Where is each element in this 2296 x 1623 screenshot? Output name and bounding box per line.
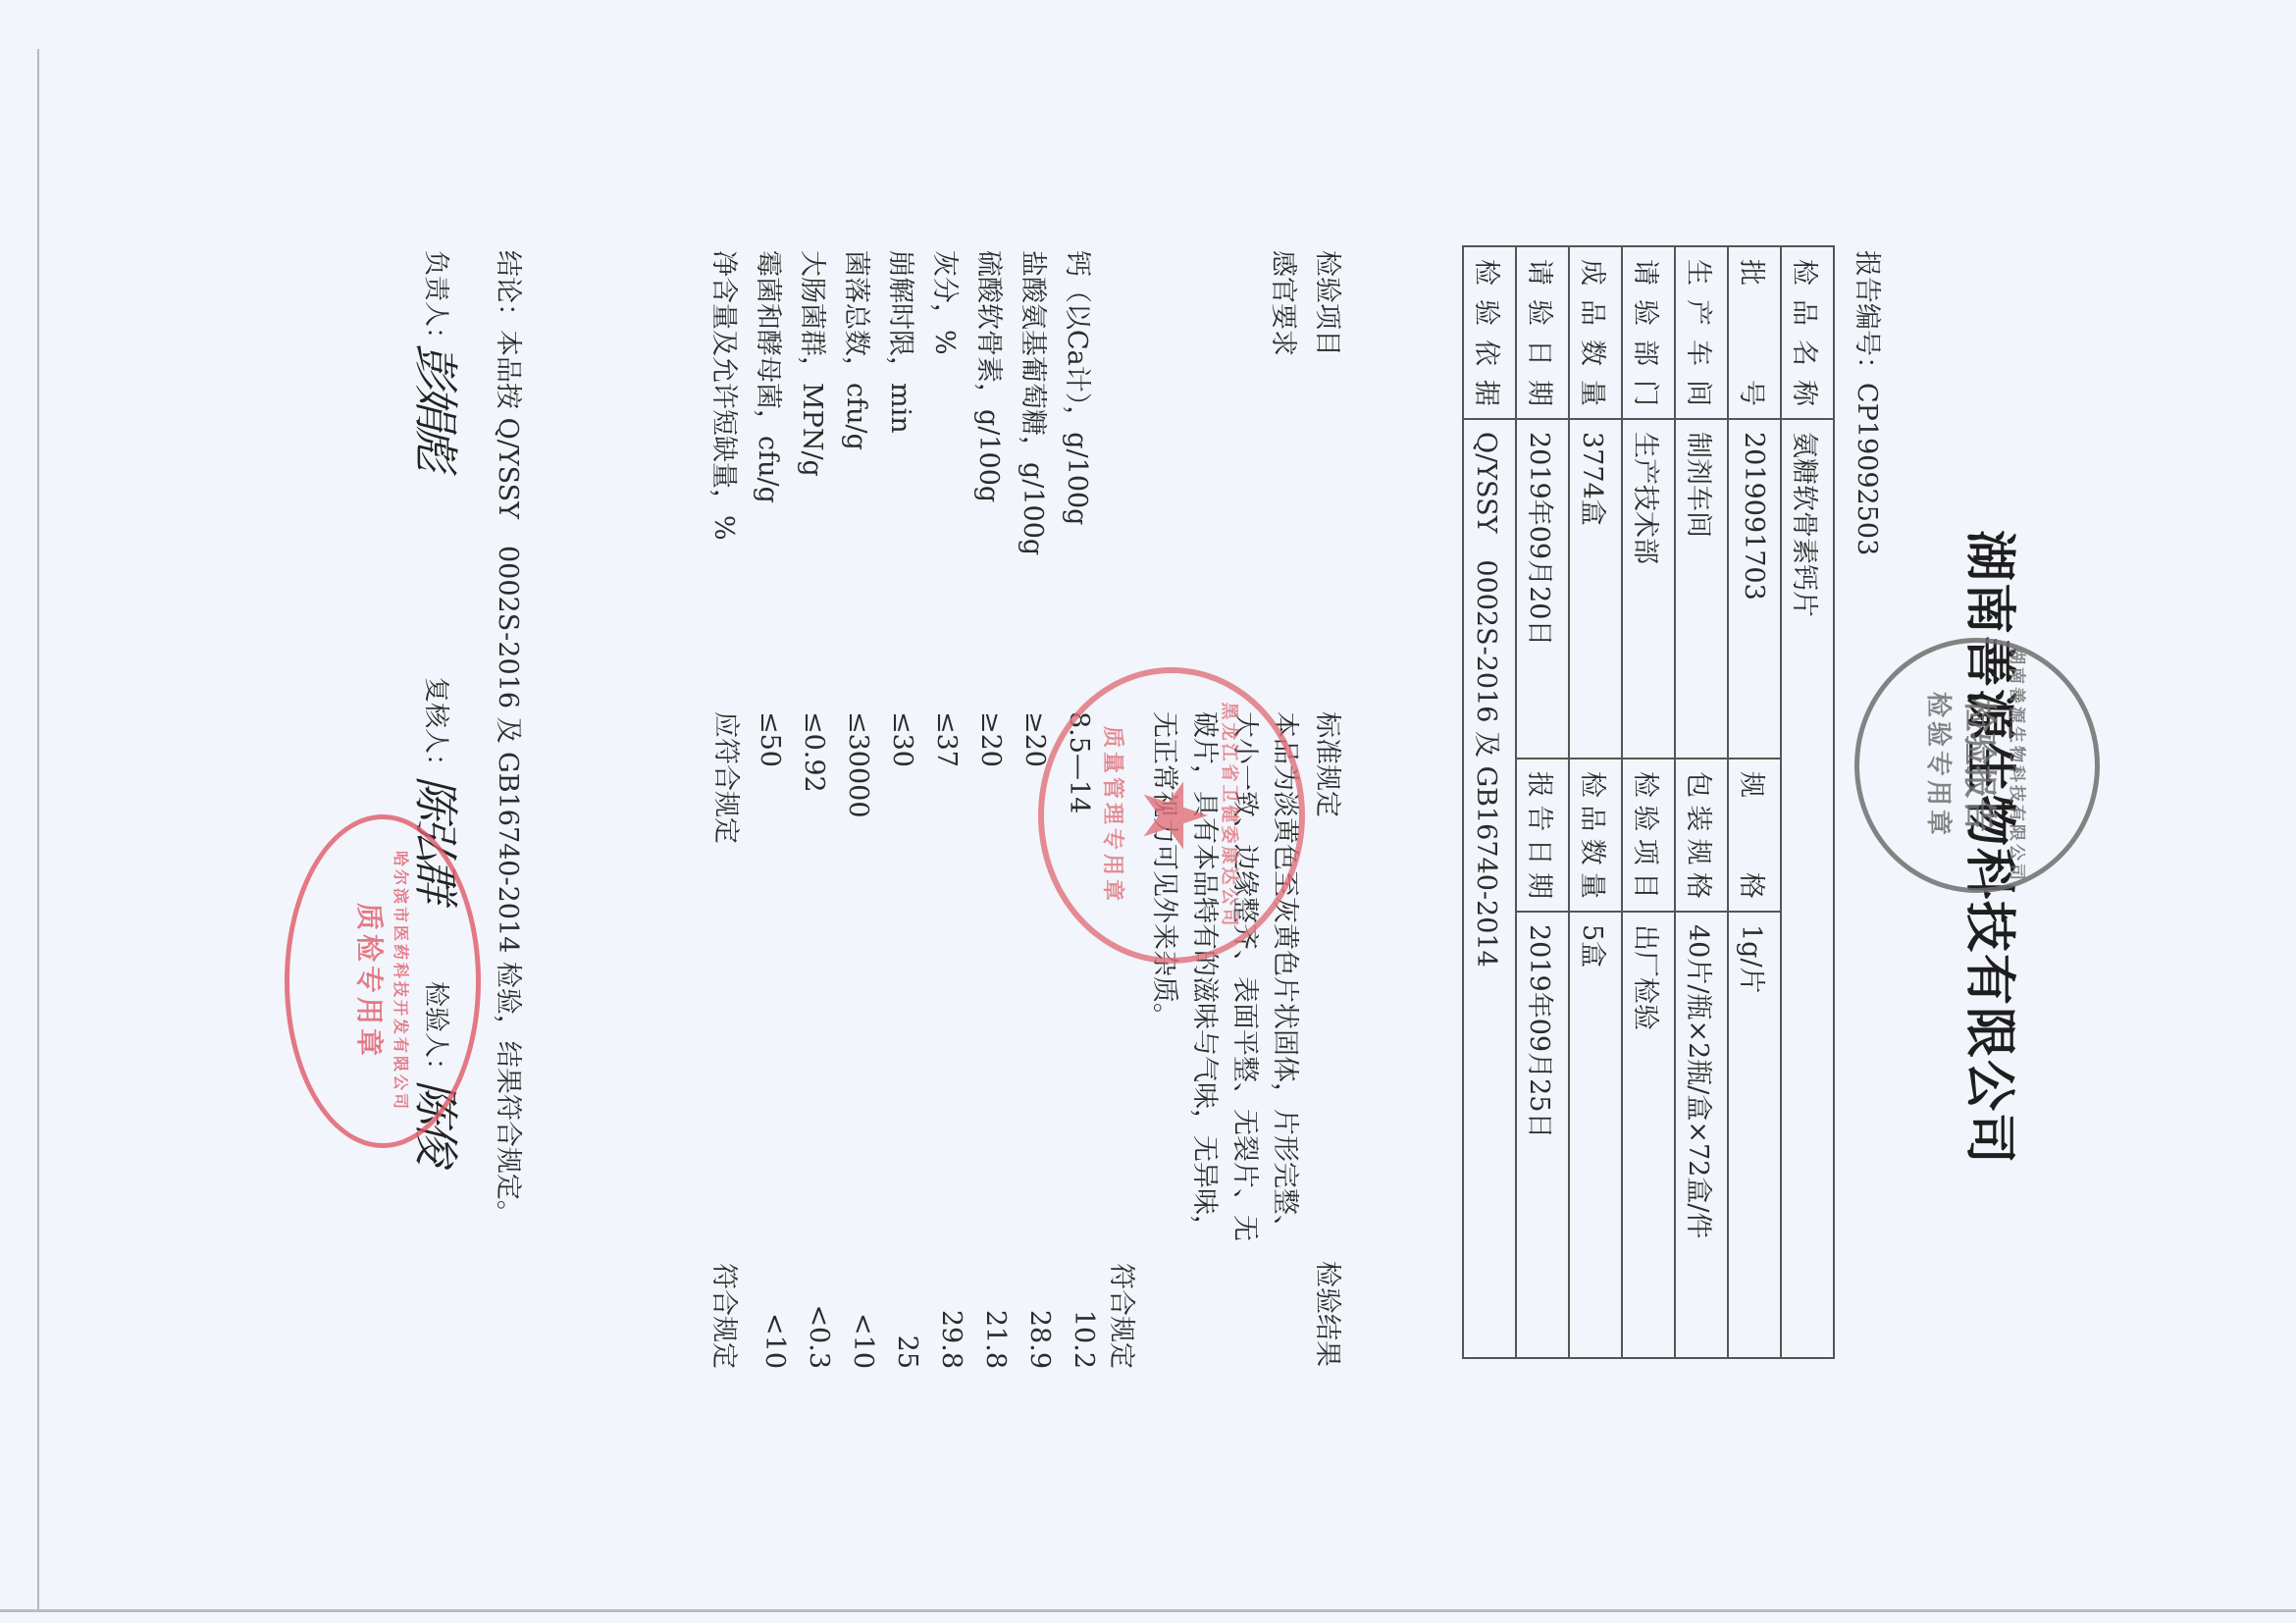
value-product-qty: 3774盒 <box>1569 419 1622 759</box>
result-item: 盐酸氨基葡萄糖，g/100g <box>1017 250 1055 555</box>
result-item: 菌落总数，cfu/g <box>840 250 878 450</box>
result-standard: ≤30 <box>882 711 922 1241</box>
stamp-center-text: 检验报告 <box>1959 699 2008 832</box>
stamp-ring-text: 哈尔滨市医药科技开发有限公司 <box>391 851 414 1112</box>
label-batch-no: 批 号 <box>1728 246 1781 419</box>
result-value: 29.8 <box>936 1241 966 1369</box>
inspection-seal-stamp: 哈尔滨市医药科技开发有限公司 质检专用章 <box>285 814 481 1148</box>
result-standard: 应符合规定 <box>705 711 746 1241</box>
sample-info-table: 检品名称 氨糖软骨素钙片 批 号 2019091703 规 格 1g/片 生产车… <box>1462 245 1835 1359</box>
report-number-value: CP19092503 <box>1852 383 1882 555</box>
result-value: 28.9 <box>1024 1241 1055 1369</box>
result-standard: ≤30000 <box>838 711 878 1241</box>
result-standard: ≤50 <box>750 711 790 1241</box>
label-sample-name: 检品名称 <box>1781 246 1834 419</box>
report-number-label: 报告编号： <box>1852 250 1882 383</box>
value-workshop: 制剂车间 <box>1675 419 1728 759</box>
result-standard: ≤37 <box>926 711 966 1241</box>
result-value: <10 <box>759 1241 790 1369</box>
header-result: 检验结果 <box>1311 1261 1349 1367</box>
label-basis: 检验依据 <box>1463 246 1516 419</box>
result-item: 感官要求 <box>1267 250 1305 356</box>
label-sample-qty: 检品数量 <box>1569 759 1622 912</box>
label-report-date: 报告日期 <box>1516 759 1569 912</box>
table-row: 检验依据 Q/YSSY 0002S-2016 及 GB16740-2014 <box>1463 246 1516 1358</box>
table-row: 成品数量 3774盒 检品数量 5盒 <box>1569 246 1622 1358</box>
value-package-spec: 40片/瓶×2瓶/盒×72盒/件 <box>1675 912 1728 1358</box>
label-request-date: 请验日期 <box>1516 246 1569 419</box>
value-request-dept: 生产技术部 <box>1622 419 1675 759</box>
value-basis: Q/YSSY 0002S-2016 及 GB16740-2014 <box>1463 419 1516 1358</box>
stamp-ring-text: 湖南善源生物科技有限公司 <box>2008 648 2032 883</box>
result-item: 崩解时限，min <box>884 250 922 434</box>
value-batch-no: 2019091703 <box>1728 419 1781 759</box>
result-value: 符合规定 <box>1105 1241 1143 1369</box>
stamp-bottom-text: 质量管理专用章 <box>1100 726 1130 905</box>
value-sample-name: 氨糖软骨素钙片 <box>1781 419 1834 1358</box>
report-number: 报告编号：CP19092503 <box>1851 250 1889 555</box>
result-standard: ≤0.92 <box>794 711 834 1241</box>
table-row: 请验日期 2019年09月20日 报告日期 2019年09月25日 <box>1516 246 1569 1358</box>
star-icon: ★ <box>1130 776 1219 856</box>
header-test-item: 检验项目 <box>1311 250 1349 356</box>
label-spec: 规 格 <box>1728 759 1781 912</box>
label-request-dept: 请验部门 <box>1622 246 1675 419</box>
label-workshop: 生产车间 <box>1675 246 1728 419</box>
inspection-report-page: 湖南善源生物科技有限公司 报告编号：CP19092503 检品名称 氨糖软骨素钙… <box>0 0 2296 1623</box>
result-item: 硫酸软骨素，g/100g <box>972 250 1011 502</box>
header-standard: 标准规定 <box>1311 711 1349 817</box>
result-value: 10.2 <box>1069 1241 1099 1369</box>
value-request-date: 2019年09月20日 <box>1516 419 1569 759</box>
value-report-date: 2019年09月25日 <box>1516 912 1569 1358</box>
value-sample-qty: 5盒 <box>1569 912 1622 1358</box>
result-value: 25 <box>892 1241 922 1369</box>
result-value: 符合规定 <box>707 1241 746 1369</box>
result-value: 21.8 <box>980 1241 1011 1369</box>
table-row: 生产车间 制剂车间 包装规格 40片/瓶×2瓶/盒×72盒/件 <box>1675 246 1728 1358</box>
label-package-spec: 包装规格 <box>1675 759 1728 912</box>
label-product-qty: 成品数量 <box>1569 246 1622 419</box>
result-value: <10 <box>848 1241 878 1369</box>
table-row: 检品名称 氨糖软骨素钙片 <box>1781 246 1834 1358</box>
label-test-items: 检验项目 <box>1622 759 1675 912</box>
result-item: 霉菌和酵母菌，cfu/g <box>752 250 790 503</box>
result-standard: ≥20 <box>970 711 1011 1241</box>
reviewer-label: 复核人： <box>420 677 456 779</box>
table-row: 请验部门 生产技术部 检验项目 出厂检验 <box>1622 246 1675 1358</box>
conclusion-text: 结论：本品按 Q/YSSY 0002S-2016 及 GB16740-2014 … <box>492 250 530 1227</box>
result-item: 灰分，% <box>928 250 966 355</box>
responsible-label: 负责人： <box>420 250 456 352</box>
result-item: 净含量及允许短缺量，% <box>707 250 746 541</box>
responsible-signature: 彭娟彪 <box>406 343 471 467</box>
value-test-items: 出厂检验 <box>1622 912 1675 1358</box>
company-inspection-stamp: 湖南善源生物科技有限公司 检验报告 检验专用章 <box>1854 638 2100 893</box>
table-row: 批 号 2019091703 规 格 1g/片 <box>1728 246 1781 1358</box>
quality-management-stamp: 黑龙江省卫健委康达公司 ★ 质量管理专用章 <box>1038 667 1305 964</box>
result-item: 大肠菌群，MPN/g <box>796 250 834 477</box>
result-item: 钙（以Ca计），g/100g <box>1061 250 1099 525</box>
result-value: <0.3 <box>804 1241 834 1369</box>
stamp-bottom-text: 检验专用章 <box>1923 692 1959 839</box>
stamp-bottom-text: 质检专用章 <box>352 903 391 1060</box>
value-spec: 1g/片 <box>1728 912 1781 1358</box>
